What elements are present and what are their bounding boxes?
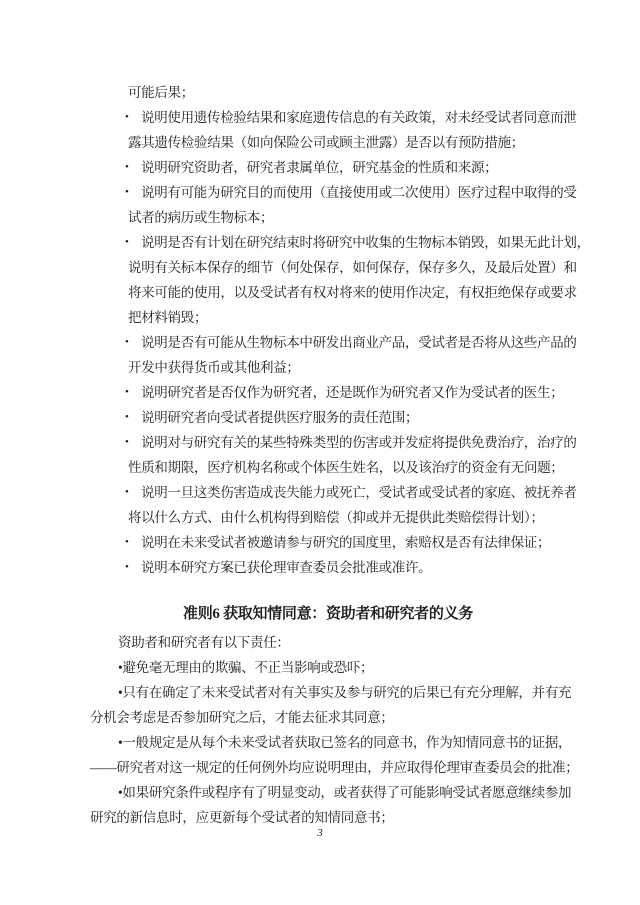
bullet-item-text: 说明一旦这类伤害造成丧失能力或死亡，受试者或受试者的家庭、被抚养者 bbox=[141, 485, 577, 500]
bullet-icon: • bbox=[125, 380, 129, 405]
bullet-icon: • bbox=[125, 430, 129, 455]
bullet-item-text: 说明有可能为研究目的而使用（直接使用或二次使用）医疗过程中取得的受 bbox=[141, 185, 577, 200]
bullet-icon: • bbox=[125, 405, 129, 430]
bullet-item: • 说明有可能为研究目的而使用（直接使用或二次使用）医疗过程中取得的受 bbox=[90, 180, 566, 205]
bullet-item: • 说明在未来受试者被邀请参与研究的国度里，索赔权是否有法律保证； bbox=[90, 530, 566, 555]
bullet-icon: • bbox=[125, 230, 129, 255]
bullet-item: • 说明对与研究有关的某些特殊类型的伤害或并发症将提供免费治疗，治疗的 bbox=[90, 430, 566, 455]
text-line: 把材料销毁； bbox=[90, 305, 566, 330]
bullet-item-text: 说明使用遗传检验结果和家庭遗传信息的有关政策，对未经受试者同意而泄 bbox=[141, 110, 577, 125]
text-line: 试者的病历或生物标本； bbox=[90, 205, 566, 230]
text-line: 将来可能的使用，以及受试者有权对将来的使用作决定，有权拒绝保存或要求 bbox=[90, 280, 566, 305]
bullet-item-text: 说明研究资助者，研究者隶属单位，研究基金的性质和来源； bbox=[141, 160, 497, 175]
page-content: 可能后果； • 说明使用遗传检验结果和家庭遗传信息的有关政策，对未经受试者同意而… bbox=[90, 80, 566, 830]
text-line: 说明有关标本保存的细节（何处保存，如何保存，保存多久，及最后处置）和 bbox=[90, 255, 566, 280]
text-line: 露其遗传检验结果（如向保险公司或顾主泄露）是否以有预防措施； bbox=[90, 130, 566, 155]
bullet-item: • 说明本研究方案已获伦理审查委员会批准或准许。 bbox=[90, 555, 566, 580]
text-line: ——研究者对这一规定的任何例外均应说明理由，并应取得伦理审查委员会的批准； bbox=[90, 755, 566, 780]
bullet-item: •只有在确定了未来受试者对有关事实及参与研究的后果已有充分理解，并有充 bbox=[90, 680, 566, 705]
bullet-item: •如果研究条件或程序有了明显变动，或者获得了可能影响受试者愿意继续参加 bbox=[90, 780, 566, 805]
bullet-icon: • bbox=[125, 105, 129, 130]
bullet-icon: • bbox=[125, 155, 129, 180]
text-line: 将以什么方式、由什么机构得到赔偿（抑或并无提供此类赔偿得计划）； bbox=[90, 505, 566, 530]
bullet-item: •一般规定是从每个未来受试者获取已签名的同意书，作为知情同意书的证据， bbox=[90, 730, 566, 755]
bullet-icon: • bbox=[125, 530, 129, 555]
bullet-item-text: 说明是否有可能从生物标本中研发出商业产品，受试者是否将从这些产品的 bbox=[141, 335, 577, 350]
bullet-icon: • bbox=[125, 555, 129, 580]
text-line: 开发中获得货币或其他利益； bbox=[90, 355, 566, 380]
bullet-item-text: 说明是否有计划在研究结束时将研究中收集的生物标本销毁，如果无此计划， bbox=[141, 235, 590, 250]
bullet-item-text: 说明本研究方案已获伦理审查委员会批准或准许。 bbox=[141, 560, 431, 575]
bullet-item: •避免毫无理由的欺骗、不正当影响或恐吓； bbox=[90, 655, 566, 680]
text-line: 性质和期限，医疗机构名称或个体医生姓名，以及该治疗的资金有无问题； bbox=[90, 455, 566, 480]
bullet-item: • 说明是否有计划在研究结束时将研究中收集的生物标本销毁，如果无此计划， bbox=[90, 230, 566, 255]
text-line: 分机会考虑是否参加研究之后，才能去征求其同意； bbox=[90, 705, 566, 730]
text-line: 可能后果； bbox=[90, 80, 566, 105]
bullet-item-text: 说明对与研究有关的某些特殊类型的伤害或并发症将提供免费治疗，治疗的 bbox=[141, 435, 577, 450]
bullet-item: • 说明研究者向受试者提供医疗服务的责任范围； bbox=[90, 405, 566, 430]
bullet-item-text: 说明在未来受试者被邀请参与研究的国度里，索赔权是否有法律保证； bbox=[141, 535, 550, 550]
bullet-item: • 说明一旦这类伤害造成丧失能力或死亡，受试者或受试者的家庭、被抚养者 bbox=[90, 480, 566, 505]
bullet-item: • 说明研究者是否仅作为研究者，还是既作为研究者又作为受试者的医生； bbox=[90, 380, 566, 405]
bullet-item: • 说明研究资助者，研究者隶属单位，研究基金的性质和来源； bbox=[90, 155, 566, 180]
page-number: 3 bbox=[0, 826, 640, 840]
bullet-item: • 说明是否有可能从生物标本中研发出商业产品，受试者是否将从这些产品的 bbox=[90, 330, 566, 355]
document-page: 可能后果； • 说明使用遗传检验结果和家庭遗传信息的有关政策，对未经受试者同意而… bbox=[0, 0, 640, 905]
bullet-icon: • bbox=[125, 480, 129, 505]
bullet-item: • 说明使用遗传检验结果和家庭遗传信息的有关政策，对未经受试者同意而泄 bbox=[90, 105, 566, 130]
text-line: 资助者和研究者有以下责任： bbox=[90, 630, 566, 655]
bullet-icon: • bbox=[125, 330, 129, 355]
section-heading: 准则6 获取知情同意：资助者和研究者的义务 bbox=[90, 602, 566, 627]
bullet-icon: • bbox=[125, 180, 129, 205]
bullet-item-text: 说明研究者是否仅作为研究者，还是既作为研究者又作为受试者的医生； bbox=[141, 385, 563, 400]
bullet-item-text: 说明研究者向受试者提供医疗服务的责任范围； bbox=[141, 410, 418, 425]
